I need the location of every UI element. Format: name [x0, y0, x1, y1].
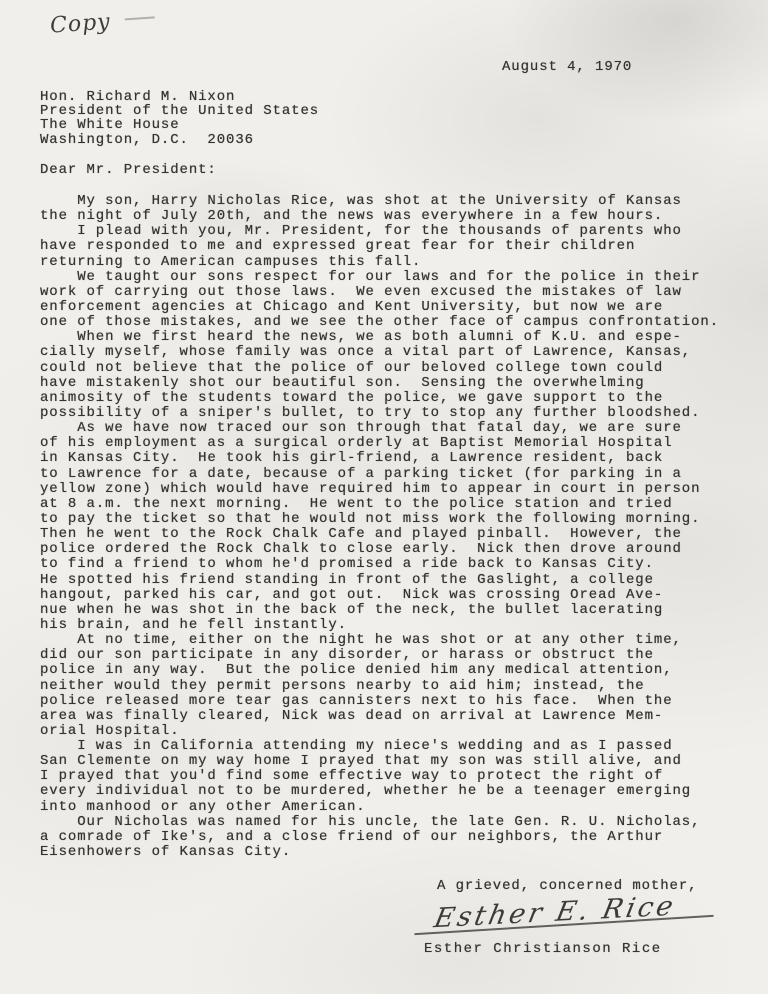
body-line: animosity of the students toward the pol…	[40, 391, 752, 406]
body-line: Then he went to the Rock Chalk Cafe and …	[40, 527, 752, 542]
letter-body: My son, Harry Nicholas Rice, was shot at…	[40, 194, 752, 860]
body-line: into manhood or any other American.	[40, 800, 752, 815]
body-line: could not believe that the police of our…	[40, 361, 752, 376]
paragraph: I was in California attending my niece's…	[40, 739, 752, 815]
paragraph: My son, Harry Nicholas Rice, was shot at…	[40, 194, 752, 224]
body-line: My son, Harry Nicholas Rice, was shot at…	[40, 194, 752, 209]
body-line: Our Nicholas was named for his uncle, th…	[40, 815, 752, 830]
body-line: enforcement agencies at Chicago and Kent…	[40, 300, 752, 315]
body-line: to find a friend to whom he'd promised a…	[40, 557, 752, 572]
body-line: police released more tear gas cannisters…	[40, 694, 752, 709]
address-line: Washington, D.C. 20036	[40, 133, 319, 147]
paragraph: I plead with you, Mr. President, for the…	[40, 224, 752, 269]
body-line: have mistakenly shot our beautiful son. …	[40, 376, 752, 391]
paragraph: Our Nicholas was named for his uncle, th…	[40, 815, 752, 860]
paragraph: We taught our sons respect for our laws …	[40, 270, 752, 331]
signature-script-text: Esther E. Rice	[432, 891, 679, 934]
body-line: neither would they permit persons nearby…	[40, 679, 752, 694]
paragraph: At no time, either on the night he was s…	[40, 633, 752, 739]
body-line: every individual not to be murdered, whe…	[40, 784, 752, 799]
body-line: have responded to me and expressed great…	[40, 239, 752, 254]
paragraph: As we have now traced our son through th…	[40, 421, 752, 633]
letter-date: August 4, 1970	[502, 59, 632, 75]
paragraph: When we first heard the news, we as both…	[40, 330, 752, 421]
body-line: We taught our sons respect for our laws …	[40, 270, 752, 285]
copy-annotation-stroke	[124, 16, 154, 20]
body-line: to pay the ticket so that he would not m…	[40, 512, 752, 527]
body-line: He spotted his friend standing in front …	[40, 573, 752, 588]
body-line: police in any way. But the police denied…	[40, 663, 752, 678]
body-line: a comrade of Ike's, and a close friend o…	[40, 830, 752, 845]
recipient-address: Hon. Richard M. NixonPresident of the Un…	[40, 90, 319, 147]
signature-script: Esther E. Rice	[436, 897, 706, 945]
body-line: work of carrying out those laws. We even…	[40, 285, 752, 300]
body-line: cially myself, whose family was once a v…	[40, 345, 752, 360]
body-line: possibility of a sniper's bullet, to try…	[40, 406, 752, 421]
body-line: the night of July 20th, and the news was…	[40, 209, 752, 224]
salutation: Dear Mr. President:	[40, 162, 217, 178]
body-line: one of those mistakes, and we see the ot…	[40, 315, 752, 330]
body-line: returning to American campuses this fall…	[40, 255, 752, 270]
body-line: yellow zone) which would have required h…	[40, 482, 752, 497]
body-line: orial Hospital.	[40, 724, 752, 739]
body-line: At no time, either on the night he was s…	[40, 633, 752, 648]
address-line: The White House	[40, 118, 319, 132]
typed-signature: Esther Christianson Rice	[424, 941, 662, 957]
body-line: I was in California attending my niece's…	[40, 739, 752, 754]
body-line: hangout, parked his car, and got out. Ni…	[40, 588, 752, 603]
copy-annotation: Copy	[49, 6, 155, 38]
copy-annotation-text: Copy	[49, 9, 111, 38]
body-line: area was finally cleared, Nick was dead …	[40, 709, 752, 724]
body-line: As we have now traced our son through th…	[40, 421, 752, 436]
body-line: to Lawrence for a date, because of a par…	[40, 467, 752, 482]
body-line: in Kansas City. He took his girl-friend,…	[40, 451, 752, 466]
body-line: nue when he was shot in the back of the …	[40, 603, 752, 618]
body-line: Eisenhowers of Kansas City.	[40, 845, 752, 860]
body-line: his brain, and he fell instantly.	[40, 618, 752, 633]
body-line: at 8 a.m. the next morning. He went to t…	[40, 497, 752, 512]
letter-page: Copy August 4, 1970 Hon. Richard M. Nixo…	[0, 0, 768, 994]
